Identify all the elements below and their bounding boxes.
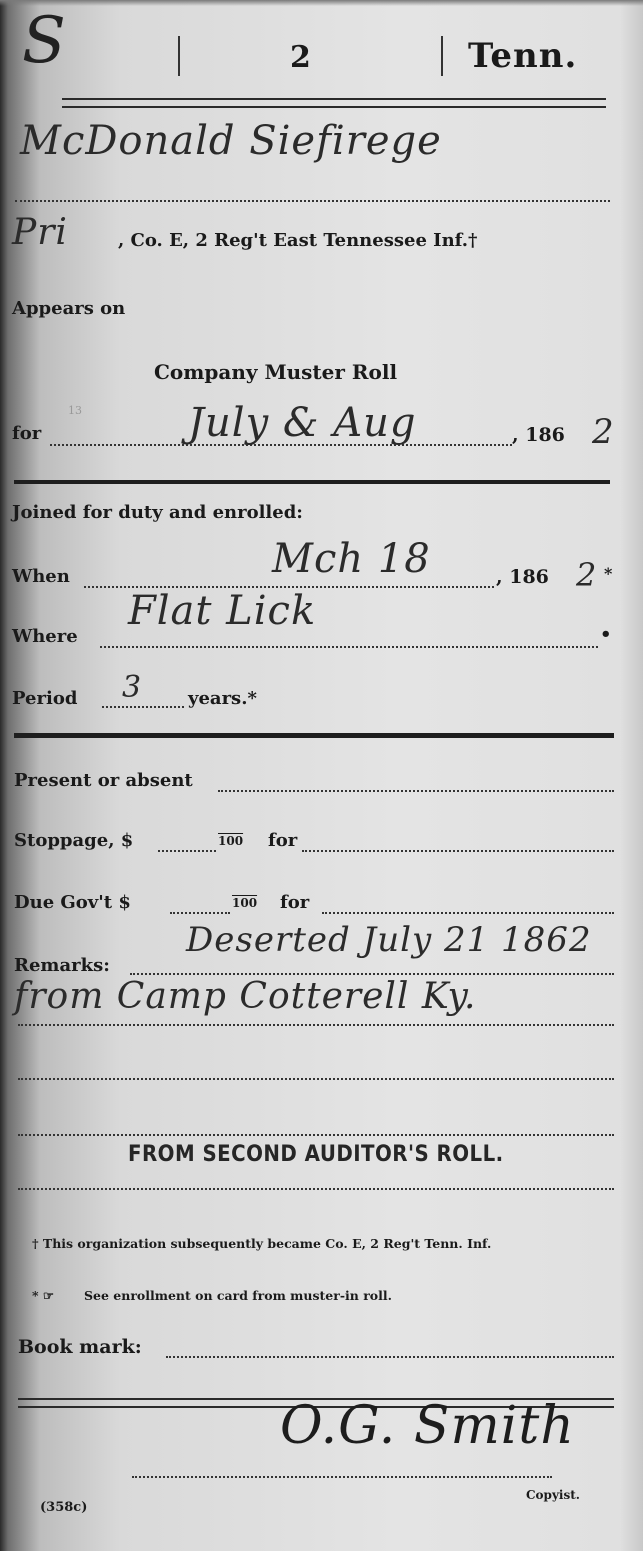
signature-line bbox=[132, 1476, 552, 1478]
when-year-prefix: , 186 bbox=[496, 566, 549, 588]
copyist-signature: O.G. Smith bbox=[280, 1396, 575, 1456]
due-for: for bbox=[280, 892, 309, 913]
regiment-number: 2 bbox=[290, 40, 311, 75]
due-gov-label: Due Gov't $ bbox=[14, 892, 131, 913]
section-rule-2 bbox=[14, 733, 614, 738]
copyist-label: Copyist. bbox=[526, 1488, 580, 1502]
source-line bbox=[18, 1188, 614, 1190]
name-line bbox=[15, 200, 610, 202]
due-cents: 100 bbox=[232, 896, 257, 910]
remarks-label: Remarks: bbox=[14, 955, 110, 976]
remarks-line-3 bbox=[18, 1078, 614, 1080]
muster-roll-card: S 2 Tenn. McDonald Siefirege Pri , Co. E… bbox=[0, 0, 643, 1551]
header-divider-right bbox=[441, 36, 443, 76]
soldier-rank: Pri bbox=[12, 212, 68, 253]
margin-note: 13 bbox=[68, 404, 82, 417]
year-prefix: , 186 bbox=[512, 424, 565, 446]
when-asterisk: * bbox=[604, 564, 612, 583]
present-absent-line bbox=[218, 790, 614, 792]
stoppage-for-line bbox=[302, 850, 614, 852]
source-label: FROM SECOND AUDITOR'S ROLL. bbox=[128, 1142, 504, 1167]
when-year-digit: 2 bbox=[576, 556, 597, 594]
roll-title: Company Muster Roll bbox=[154, 360, 397, 384]
remarks-line-4 bbox=[18, 1134, 614, 1136]
due-for-line bbox=[322, 912, 614, 914]
unit-designation: , Co. E, 2 Reg't East Tennessee Inf.† bbox=[118, 230, 477, 251]
initial-letter: S bbox=[22, 4, 67, 78]
where-asterisk: • bbox=[600, 624, 612, 645]
year-digit: 2 bbox=[592, 412, 615, 452]
section-rule-1 bbox=[14, 480, 610, 484]
due-amount-line bbox=[170, 912, 230, 914]
remarks-text-1: Deserted July 21 1862 bbox=[186, 920, 592, 960]
header-divider-left bbox=[178, 36, 180, 76]
book-mark-line bbox=[166, 1356, 614, 1358]
where-value: Flat Lick bbox=[128, 588, 316, 634]
present-absent-label: Present or absent bbox=[14, 770, 193, 791]
for-label: for bbox=[12, 423, 41, 444]
when-label: When bbox=[12, 566, 70, 587]
where-line bbox=[100, 646, 598, 648]
soldier-name: McDonald Siefirege bbox=[20, 118, 442, 164]
asterisk-footnote-icon: * ☞ bbox=[32, 1288, 54, 1303]
where-label: Where bbox=[12, 626, 78, 647]
header-rule bbox=[62, 98, 606, 108]
stoppage-label: Stoppage, $ bbox=[14, 830, 133, 851]
stoppage-amount-line bbox=[158, 850, 216, 852]
form-number: (358c) bbox=[40, 1500, 87, 1515]
stoppage-cents: 100 bbox=[218, 834, 243, 848]
remarks-line-1 bbox=[130, 973, 614, 975]
remarks-line-2 bbox=[18, 1024, 614, 1026]
period-label: Period bbox=[12, 688, 77, 709]
remarks-text-2: from Camp Cotterell Ky. bbox=[14, 976, 476, 1017]
when-value: Mch 18 bbox=[272, 536, 431, 582]
dagger-footnote: † This organization subsequently became … bbox=[32, 1236, 491, 1251]
asterisk-footnote: See enrollment on card from muster-in ro… bbox=[84, 1288, 392, 1303]
period-suffix: years.* bbox=[188, 688, 257, 709]
state-label: Tenn. bbox=[468, 36, 577, 76]
period-value: 3 bbox=[122, 670, 142, 705]
stoppage-for: for bbox=[268, 830, 297, 851]
book-mark-label: Book mark: bbox=[18, 1336, 142, 1358]
appears-on-label: Appears on bbox=[12, 298, 125, 319]
period-line bbox=[102, 706, 184, 708]
for-value: July & Aug bbox=[188, 400, 416, 446]
enrollment-heading: Joined for duty and enrolled: bbox=[12, 502, 303, 523]
